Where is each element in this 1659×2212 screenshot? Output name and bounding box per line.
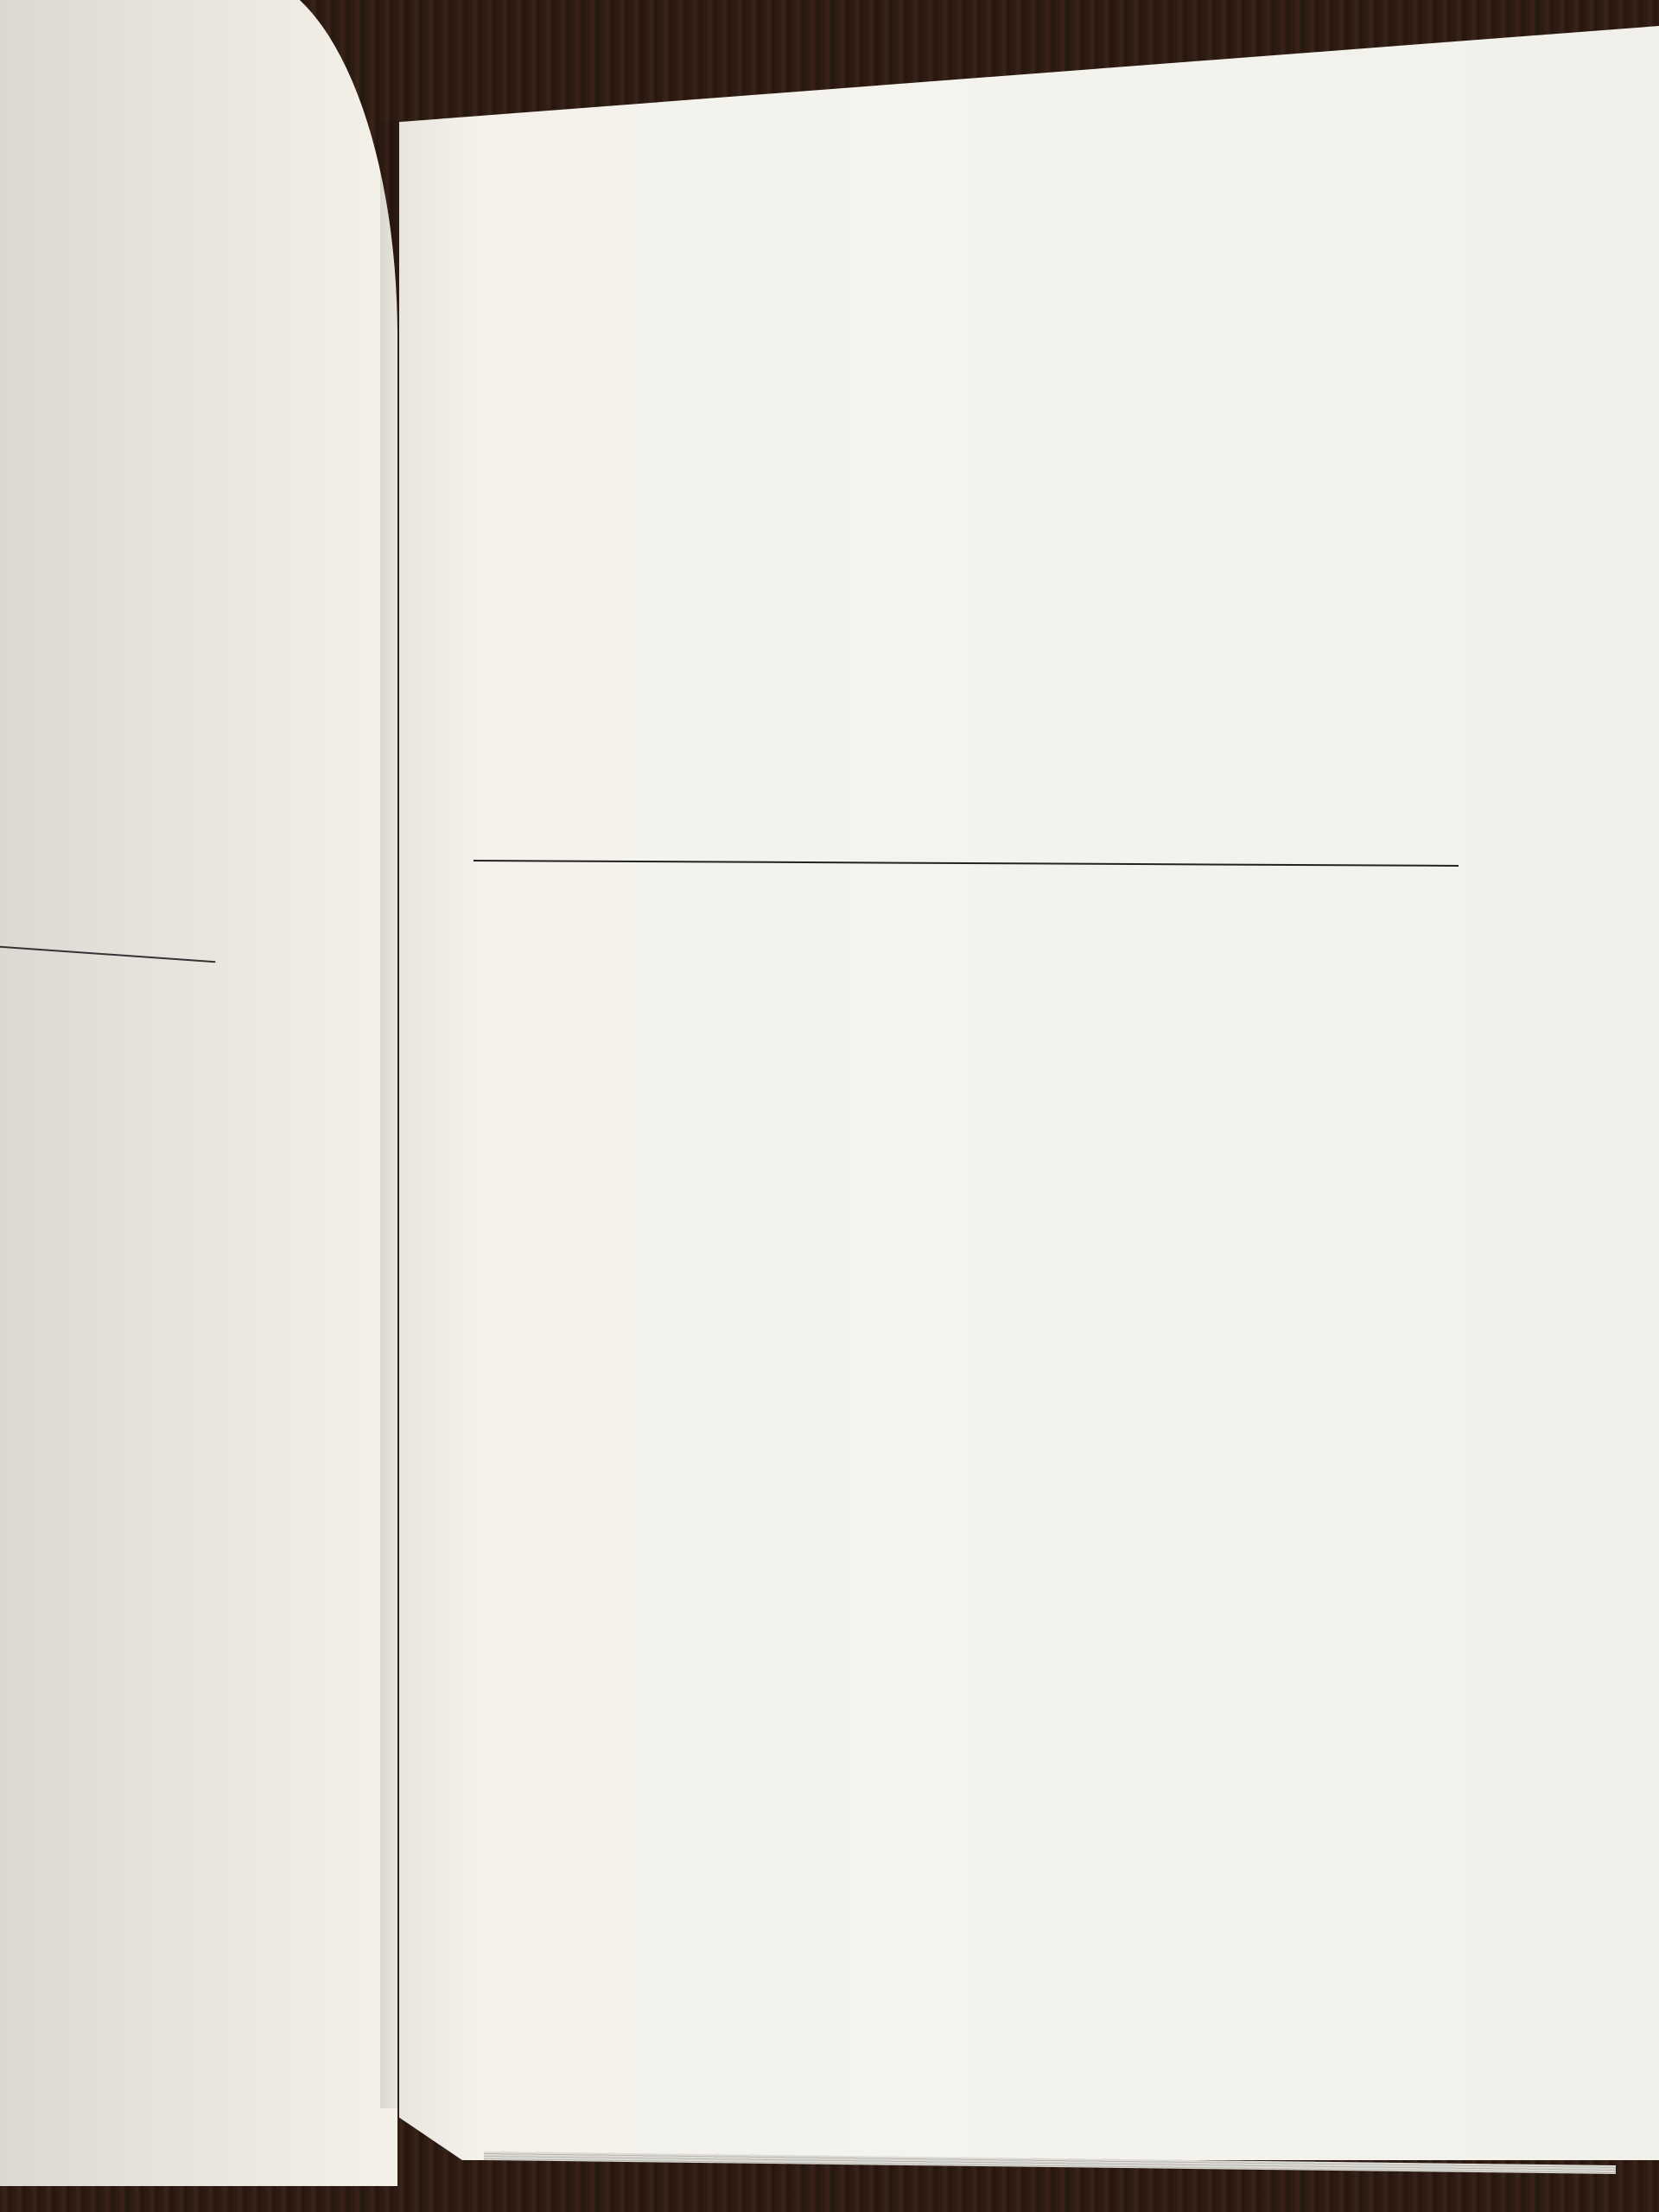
left-page-footnote-rule — [0, 944, 215, 963]
right-page — [399, 26, 1659, 2160]
left-page — [0, 0, 397, 2186]
